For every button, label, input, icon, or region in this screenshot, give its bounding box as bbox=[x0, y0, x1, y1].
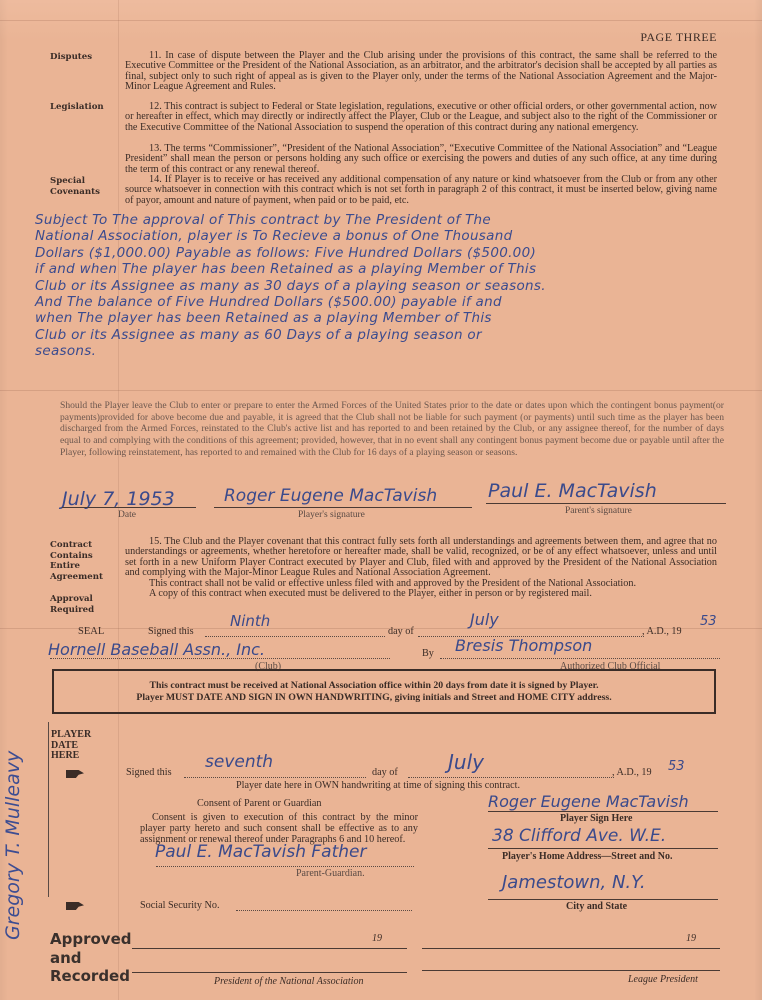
president-caption: President of the National Association bbox=[214, 976, 363, 987]
player-sign-here-signature[interactable]: Roger Eugene MacTavish bbox=[488, 792, 689, 811]
player-date-here-label: PLAYER DATE HERE bbox=[51, 730, 101, 762]
player-signature-line bbox=[214, 507, 472, 508]
player-signed-this-label: Signed this bbox=[126, 767, 172, 778]
label-special-covenants: Special Covenants bbox=[50, 176, 122, 197]
handwritten-line: Club or its Assignee as many as 60 Days … bbox=[35, 327, 735, 343]
paragraph-13-text: 13. The terms “Commissioner”, “President… bbox=[125, 144, 717, 175]
club-ad-label: , A.D., 19 bbox=[642, 626, 682, 637]
filing-notice-box: This contract must be received at Nation… bbox=[52, 669, 716, 714]
club-day-value[interactable]: Ninth bbox=[230, 612, 270, 630]
notice-line-1: This contract must be received at Nation… bbox=[64, 680, 684, 692]
player-day-field-line bbox=[184, 777, 366, 778]
paragraph-12: 12. This contract is subject to Federal … bbox=[125, 102, 717, 133]
club-day-of-label: day of bbox=[388, 626, 414, 637]
club-day-field-line bbox=[205, 636, 385, 637]
margin-handwritten-name: Gregory T. Mulleavy bbox=[2, 580, 32, 940]
label-legislation: Legislation bbox=[50, 102, 122, 113]
approval-date-line-right[interactable] bbox=[422, 948, 720, 949]
label-approval-required: Approval Required bbox=[50, 594, 110, 615]
contract-page: PAGE THREE Disputes 11. In case of dispu… bbox=[0, 0, 762, 1000]
notice-line-2: Player MUST DATE AND SIGN IN OWN HANDWRI… bbox=[64, 692, 684, 704]
covenant-parent-signature: Paul E. MacTavish bbox=[488, 480, 657, 502]
paragraph-14: 14. If Player is to receive or has recei… bbox=[125, 175, 717, 206]
seal-label: SEAL bbox=[78, 626, 104, 637]
date-caption: Date bbox=[118, 510, 136, 520]
handwritten-line: Club or its Assignee as many as 30 days … bbox=[35, 278, 735, 294]
club-year-value[interactable]: 53 bbox=[700, 614, 717, 629]
guardian-field-line bbox=[156, 866, 414, 867]
official-field-line bbox=[440, 658, 720, 659]
player-ad-label: , A.D., 19 bbox=[612, 767, 652, 778]
approved-label-line: Approved bbox=[50, 930, 131, 949]
handwritten-bonus-covenant: Subject To The approval of This contract… bbox=[35, 212, 735, 360]
paragraph-13: 13. The terms “Commissioner”, “President… bbox=[125, 144, 717, 175]
player-sign-line bbox=[488, 811, 718, 812]
city-caption: City and State bbox=[566, 901, 627, 912]
left-border-rule bbox=[48, 722, 49, 897]
copy-delivery-text: A copy of this contract when executed mu… bbox=[125, 589, 717, 599]
player-signature-caption: Player's signature bbox=[298, 510, 365, 520]
label-contract-contains-entire-agreement: Contract Contains Entire Agreement bbox=[50, 540, 110, 582]
league-president-signature-line[interactable] bbox=[422, 970, 720, 971]
ssn-field-line[interactable] bbox=[236, 910, 412, 911]
handwritten-line: Subject To The approval of This contract… bbox=[35, 212, 735, 228]
approved-year-right: 19 bbox=[686, 933, 696, 944]
parent-signature-caption: Parent's signature bbox=[565, 506, 632, 516]
player-month-value[interactable]: July bbox=[448, 750, 484, 774]
pointing-hand-icon bbox=[66, 902, 84, 910]
approved-recorded-label: Approved and Recorded bbox=[50, 930, 131, 986]
club-name-field-line bbox=[50, 658, 390, 659]
armed-forces-clause: Should the Player leave the Club to ente… bbox=[60, 400, 724, 459]
player-date-instruction: Player date here in OWN handwriting at t… bbox=[236, 780, 520, 791]
paragraph-11-text: 11. In case of dispute between the Playe… bbox=[125, 51, 717, 93]
approved-year-left: 19 bbox=[372, 933, 382, 944]
guardian-signature[interactable]: Paul E. MacTavish Father bbox=[155, 842, 366, 862]
covenant-player-signature: Roger Eugene MacTavish bbox=[224, 486, 437, 506]
player-day-value[interactable]: seventh bbox=[205, 752, 273, 772]
page-label: PAGE THREE bbox=[640, 30, 717, 45]
handwritten-line: if and when The player has been Retained… bbox=[35, 261, 735, 277]
player-month-field-line bbox=[408, 777, 614, 778]
league-president-caption: League President bbox=[628, 974, 698, 985]
handwritten-line: And The balance of Five Hundred Dollars … bbox=[35, 294, 735, 310]
consent-text: Consent is given to execution of this co… bbox=[140, 812, 418, 845]
handwritten-line: National Association, player is To Recie… bbox=[35, 228, 735, 244]
handwritten-line: Dollars ($1,000.00) Payable as follows: … bbox=[35, 245, 735, 261]
player-address-value[interactable]: 38 Clifford Ave. W.E. bbox=[492, 826, 666, 846]
date-line bbox=[62, 507, 196, 508]
paragraph-14-text: 14. If Player is to receive or has recei… bbox=[125, 175, 717, 206]
paragraph-12-text: 12. This contract is subject to Federal … bbox=[125, 102, 717, 133]
president-signature-line[interactable] bbox=[132, 972, 407, 973]
approved-label-line: and bbox=[50, 949, 131, 968]
by-label: By bbox=[422, 648, 434, 659]
player-day-of-label: day of bbox=[372, 767, 398, 778]
handwritten-line: when The player has been Retained as a p… bbox=[35, 310, 735, 326]
parent-signature-line bbox=[486, 503, 726, 504]
club-signed-this-label: Signed this bbox=[148, 626, 194, 637]
club-official-signature[interactable]: Bresis Thompson bbox=[455, 636, 592, 655]
paragraph-15: 15. The Club and the Player covenant tha… bbox=[125, 537, 717, 599]
address-line bbox=[488, 848, 718, 849]
pointing-hand-icon bbox=[66, 770, 84, 778]
city-line bbox=[488, 899, 718, 900]
player-city-value[interactable]: Jamestown, N.Y. bbox=[502, 872, 646, 893]
paragraph-11: 11. In case of dispute between the Playe… bbox=[125, 51, 717, 93]
player-year-value[interactable]: 53 bbox=[668, 759, 685, 774]
club-name-value[interactable]: Hornell Baseball Assn., Inc. bbox=[48, 640, 265, 659]
approval-date-line-left[interactable] bbox=[132, 948, 407, 949]
handwritten-line: seasons. bbox=[35, 343, 735, 359]
player-sign-caption: Player Sign Here bbox=[560, 813, 632, 824]
paragraph-15-text: 15. The Club and the Player covenant tha… bbox=[125, 537, 717, 579]
filing-notice-text: This contract must be received at Nation… bbox=[64, 680, 684, 704]
consent-heading: Consent of Parent or Guardian bbox=[197, 798, 321, 809]
address-caption: Player's Home Address—Street and No. bbox=[502, 851, 672, 862]
approved-label-line: Recorded bbox=[50, 967, 131, 986]
guardian-caption: Parent-Guardian. bbox=[296, 868, 365, 879]
label-disputes: Disputes bbox=[50, 52, 122, 63]
ssn-label: Social Security No. bbox=[140, 900, 220, 911]
club-month-value[interactable]: July bbox=[470, 610, 499, 629]
